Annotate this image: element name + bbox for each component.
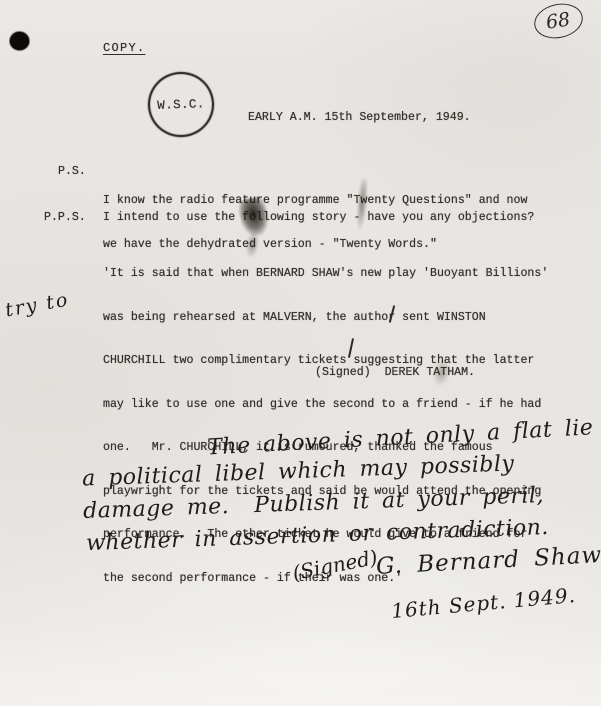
- pps-label: P.P.S.: [44, 211, 86, 226]
- ps-line-1: I know the radio feature programme "Twen…: [103, 194, 527, 209]
- quote-line: may like to use one and give the second …: [103, 398, 548, 413]
- page-number-circle: 68: [531, 0, 586, 43]
- wsc-stamp: W.S.C.: [147, 71, 215, 138]
- margin-handwritten-note: try to: [4, 289, 71, 322]
- quote-line: 'It is said that when BERNARD SHAW's new…: [103, 267, 548, 282]
- punch-hole-dot: [10, 32, 29, 50]
- copy-heading: COPY.: [103, 41, 146, 56]
- page-number: 68: [545, 8, 572, 33]
- document-page: 68 COPY. W.S.C. EARLY A.M. 15th Septembe…: [0, 0, 601, 706]
- ps-label: P.S.: [58, 165, 86, 180]
- date-line: EARLY A.M. 15th September, 1949.: [248, 111, 471, 126]
- typed-signature-line: (Signed) DEREK TATHAM.: [315, 366, 475, 381]
- quote-line: was being rehearsed at MALVERN, the auth…: [103, 311, 548, 326]
- wsc-stamp-text: W.S.C.: [157, 97, 205, 113]
- pps-line: I intend to use the following story - ha…: [103, 211, 534, 226]
